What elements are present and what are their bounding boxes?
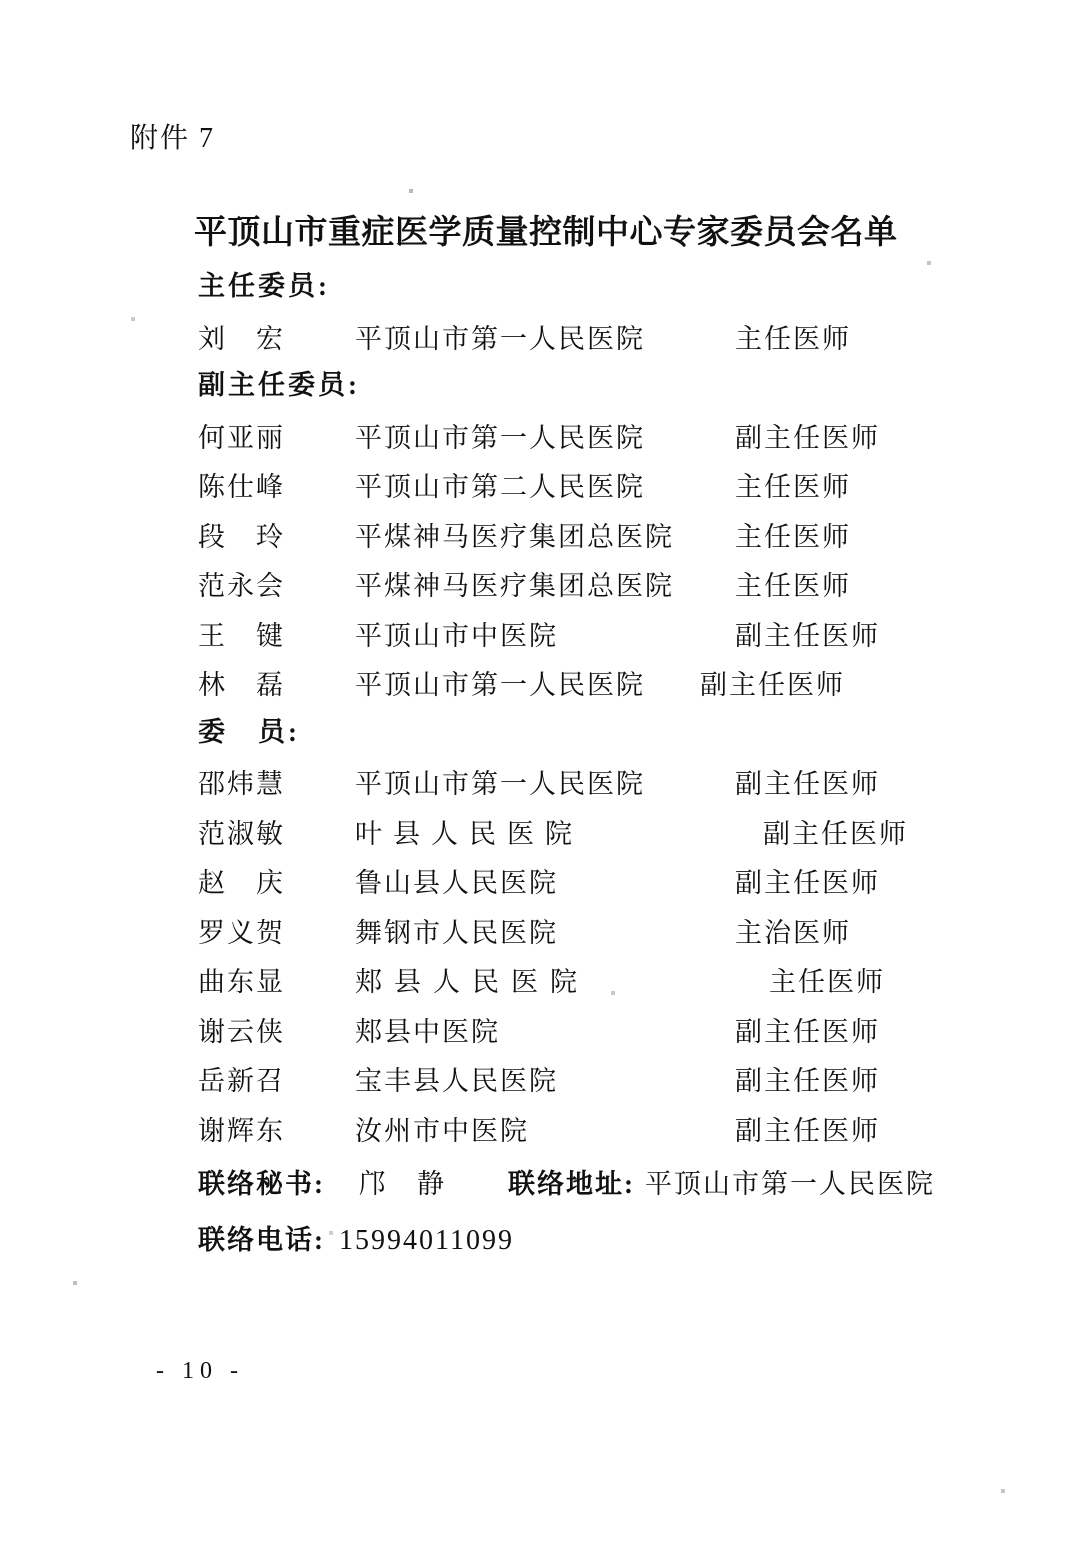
member-hospital: 叶县人民医院 xyxy=(355,812,735,851)
page-number: - 10 - xyxy=(156,1358,244,1385)
member-name: 曲东显 xyxy=(198,960,355,999)
section-header: 主任委员: xyxy=(198,262,978,312)
section-header-label: 委 员: xyxy=(198,717,300,747)
member-row: 何亚丽平顶山市第一人民医院副主任医师 xyxy=(198,411,978,461)
member-name: 何亚丽 xyxy=(198,416,355,455)
document-title: 平顶山市重症医学质量控制中心专家委员会名单 xyxy=(194,206,898,253)
member-title: 主任医师 xyxy=(769,960,978,999)
member-row: 岳新召宝丰县人民医院副主任医师 xyxy=(198,1054,978,1104)
secretary-label: 联络秘书: xyxy=(198,1169,325,1199)
member-hospital: 平顶山市第一人民医院 xyxy=(355,762,735,801)
member-row: 刘 宏平顶山市第一人民医院主任医师 xyxy=(198,312,978,362)
member-name: 赵 庆 xyxy=(198,861,355,900)
member-hospital: 平顶山市第二人民医院 xyxy=(355,465,735,504)
member-row: 段 玲平煤神马医疗集团总医院主任医师 xyxy=(198,510,978,560)
member-title: 副主任医师 xyxy=(735,614,978,653)
member-name: 谢云侠 xyxy=(198,1010,355,1049)
section-header-label: 副主任委员: xyxy=(198,370,360,400)
member-name: 范永会 xyxy=(198,564,355,603)
committee-roster: 主任委员:刘 宏平顶山市第一人民医院主任医师副主任委员:何亚丽平顶山市第一人民医… xyxy=(198,262,978,1153)
member-row: 王 键平顶山市中医院副主任医师 xyxy=(198,609,978,659)
member-title: 副主任医师 xyxy=(735,416,978,455)
member-hospital: 舞钢市人民医院 xyxy=(355,911,735,950)
member-row: 谢云侠郏县中医院副主任医师 xyxy=(198,1005,978,1055)
member-row: 曲东显郏县人民医院主任医师 xyxy=(198,955,978,1005)
secretary-name: 邝 静 xyxy=(359,1169,446,1199)
member-title: 副主任医师 xyxy=(763,812,978,851)
scan-noise xyxy=(0,0,2,2)
member-name: 段 玲 xyxy=(198,515,355,554)
member-row: 赵 庆鲁山县人民医院副主任医师 xyxy=(198,856,978,906)
member-hospital: 平顶山市第一人民医院 xyxy=(355,317,735,356)
member-title: 主治医师 xyxy=(735,911,978,950)
member-hospital: 平顶山市第一人民医院 xyxy=(355,663,735,702)
member-title: 主任医师 xyxy=(735,515,978,554)
phone-value: 15994011099 xyxy=(339,1225,514,1256)
member-name: 岳新召 xyxy=(198,1059,355,1098)
member-title: 副主任医师 xyxy=(735,861,978,900)
member-title: 主任医师 xyxy=(735,317,978,356)
member-name: 谢辉东 xyxy=(198,1109,355,1148)
address-label: 联络地址: xyxy=(508,1169,635,1199)
section-header: 委 员: xyxy=(198,708,978,758)
member-hospital: 郏县人民医院 xyxy=(355,960,735,999)
member-row: 范淑敏叶县人民医院副主任医师 xyxy=(198,807,978,857)
member-name: 范淑敏 xyxy=(198,812,355,851)
member-name: 罗义贺 xyxy=(198,911,355,950)
member-name: 陈仕峰 xyxy=(198,465,355,504)
member-title: 副主任医师 xyxy=(735,1059,978,1098)
member-title: 副主任医师 xyxy=(735,1010,978,1049)
member-row: 林 磊平顶山市第一人民医院副主任医师 xyxy=(198,658,978,708)
member-title: 副主任医师 xyxy=(700,663,978,702)
member-hospital: 宝丰县人民医院 xyxy=(355,1059,735,1098)
member-row: 邵炜慧平顶山市第一人民医院副主任医师 xyxy=(198,757,978,807)
attachment-label: 附件 7 xyxy=(130,116,215,156)
contact-line-secretary: 联络秘书:邝 静联络地址:平顶山市第一人民医院 xyxy=(198,1162,935,1201)
member-row: 范永会平煤神马医疗集团总医院主任医师 xyxy=(198,559,978,609)
member-hospital: 郏县中医院 xyxy=(355,1010,735,1049)
member-name: 刘 宏 xyxy=(198,317,355,356)
member-row: 罗义贺舞钢市人民医院主治医师 xyxy=(198,906,978,956)
member-row: 陈仕峰平顶山市第二人民医院主任医师 xyxy=(198,460,978,510)
member-hospital: 平煤神马医疗集团总医院 xyxy=(355,564,735,603)
member-name: 邵炜慧 xyxy=(198,762,355,801)
member-hospital: 鲁山县人民医院 xyxy=(355,861,735,900)
member-hospital: 汝州市中医院 xyxy=(355,1109,735,1148)
member-title: 副主任医师 xyxy=(735,1109,978,1148)
member-row: 谢辉东汝州市中医院副主任医师 xyxy=(198,1104,978,1154)
member-hospital: 平顶山市第一人民医院 xyxy=(355,416,735,455)
address-value: 平顶山市第一人民医院 xyxy=(645,1169,935,1199)
member-title: 主任医师 xyxy=(735,564,978,603)
member-title: 主任医师 xyxy=(735,465,978,504)
contact-line-phone: 联络电话:15994011099 xyxy=(198,1218,514,1257)
member-name: 林 磊 xyxy=(198,663,355,702)
member-hospital: 平煤神马医疗集团总医院 xyxy=(355,515,735,554)
section-header: 副主任委员: xyxy=(198,361,978,411)
phone-label: 联络电话: xyxy=(198,1225,325,1255)
section-header-label: 主任委员: xyxy=(198,271,330,301)
document-page: 附件 7 平顶山市重症医学质量控制中心专家委员会名单 主任委员:刘 宏平顶山市第… xyxy=(0,0,1092,1544)
member-title: 副主任医师 xyxy=(735,762,978,801)
member-hospital: 平顶山市中医院 xyxy=(355,614,735,653)
member-name: 王 键 xyxy=(198,614,355,653)
